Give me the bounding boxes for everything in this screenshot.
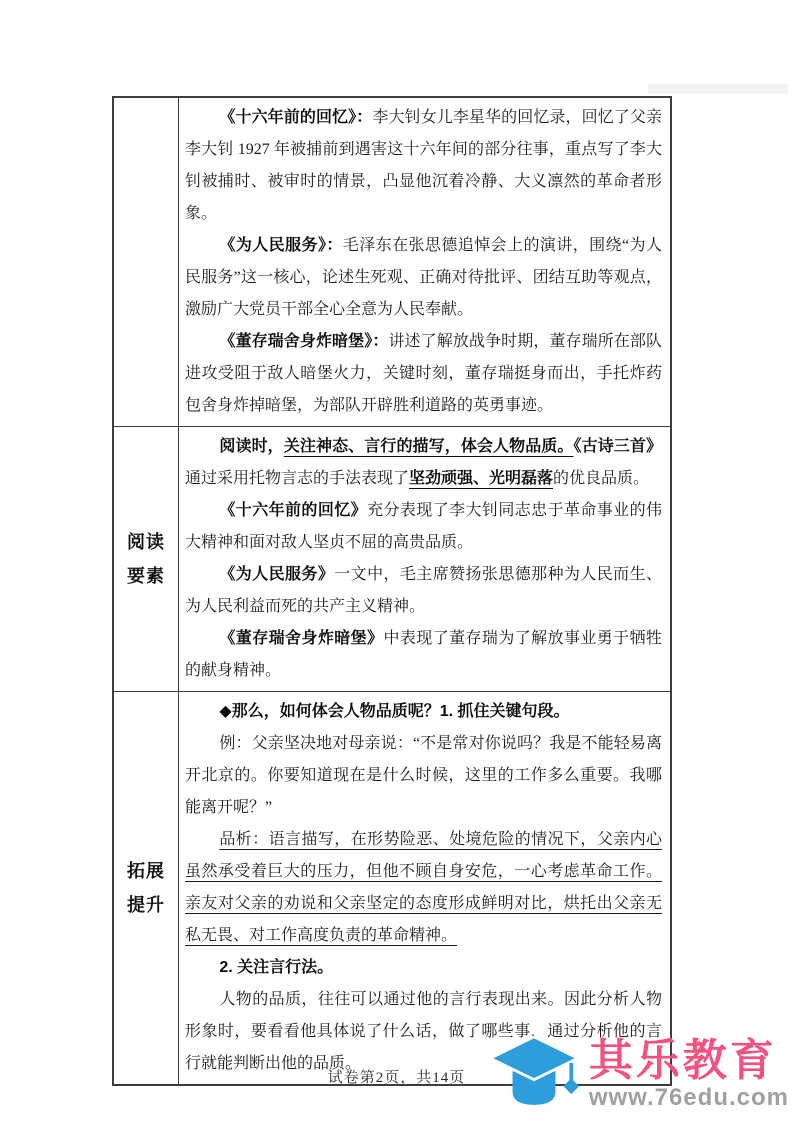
row-label-reading-elements: 阅读要素	[114, 427, 179, 691]
document-page: 《十六年前的回忆》：李大钊女儿李星华的回忆录，回忆了父亲李大钊 1927 年被捕…	[0, 0, 793, 1122]
text-segment: 关注神态、言行的描写，体会人物品质。	[284, 438, 574, 455]
text-segment: 坚劲顽强、光明磊落	[409, 470, 553, 487]
paragraph: 《为人民服务》一文中，毛主席赞扬张思德那种为人民而生、为人民利益而死的共产主义精…	[185, 559, 662, 623]
scan-artifact	[648, 84, 788, 94]
row-content: ◆那么，如何体会人物品质呢？1. 抓住关键句段。例：父亲坚决地对母亲说：“不是常…	[179, 692, 670, 1084]
brand-name: 其乐教育	[589, 1039, 777, 1083]
row-content: 阅读时，关注神态、言行的描写，体会人物品质。《古诗三首》通过采用托物言志的手法表…	[179, 427, 670, 691]
paragraph: 《十六年前的回忆》充分表现了李大钊同志忠于革命事业的伟大精神和面对敌人坚贞不屈的…	[185, 495, 662, 559]
graduation-cap-icon	[487, 1034, 581, 1116]
text-segment: 例：父亲坚决地对母亲说：“不是常对你说吗？我是不能轻易离开北京的。你要知道现在是…	[185, 735, 662, 816]
paragraph: 《为人民服务》：毛泽东在张思德追悼会上的演讲，围绕“为人民服务”这一核心，论述生…	[185, 230, 662, 326]
table-row: 《十六年前的回忆》：李大钊女儿李星华的回忆录，回忆了父亲李大钊 1927 年被捕…	[114, 98, 670, 426]
text-segment: 《十六年前的回忆》：	[219, 109, 372, 126]
text-segment: 通过采用托物言志的手法表现了	[185, 470, 409, 487]
paragraph: 《董存瑞舍身炸暗堡》中表现了董存瑞为了解放事业勇于牺牲的献身精神。	[185, 623, 662, 687]
text-segment: 2. 关注言行法。	[219, 959, 333, 976]
text-segment: 《为人民服务》	[219, 566, 334, 583]
brand-text-block: 其乐教育 www.76edu.com	[589, 1039, 789, 1111]
paragraph: 例：父亲坚决地对母亲说：“不是常对你说吗？我是不能轻易离开北京的。你要知道现在是…	[185, 728, 662, 824]
text-segment: 《董存瑞舍身炸暗堡》	[219, 630, 383, 647]
brand-logo: 其乐教育 www.76edu.com	[487, 1034, 789, 1116]
text-segment: 《董存瑞舍身炸暗堡》：	[219, 333, 388, 350]
paragraph: 《董存瑞舍身炸暗堡》：讲述了解放战争时期，董存瑞所在部队进攻受阻于敌人暗堡火力，…	[185, 326, 662, 422]
text-segment: 《十六年前的回忆》	[219, 502, 367, 519]
text-segment: ◆那么，如何体会人物品质呢？1. 抓住关键句段。	[219, 703, 569, 720]
row-label	[114, 98, 179, 426]
text-segment: 阅读时，	[219, 438, 283, 455]
paragraph: 阅读时，关注神态、言行的描写，体会人物品质。《古诗三首》通过采用托物言志的手法表…	[185, 431, 662, 495]
row-content: 《十六年前的回忆》：李大钊女儿李星华的回忆录，回忆了父亲李大钊 1927 年被捕…	[179, 98, 670, 426]
text-segment: 品析：语言描写，在形势险恶、处境危险的情况下，父亲内心虽然承受着巨大的压力，但他…	[185, 831, 662, 944]
reading-summary-table: 《十六年前的回忆》：李大钊女儿李星华的回忆录，回忆了父亲李大钊 1927 年被捕…	[112, 96, 672, 1086]
paragraph: 品析：语言描写，在形势险恶、处境危险的情况下，父亲内心虽然承受着巨大的压力，但他…	[185, 824, 662, 952]
text-segment: 《为人民服务》：	[219, 237, 342, 254]
text-segment: 的优良品质。	[553, 470, 649, 487]
table-row: 拓展提升 ◆那么，如何体会人物品质呢？1. 抓住关键句段。例：父亲坚决地对母亲说…	[114, 691, 670, 1084]
table-row: 阅读要素 阅读时，关注神态、言行的描写，体会人物品质。《古诗三首》通过采用托物言…	[114, 426, 670, 691]
paragraph: 2. 关注言行法。	[185, 952, 662, 984]
brand-website: www.76edu.com	[589, 1085, 789, 1111]
row-label-expansion: 拓展提升	[114, 692, 179, 1084]
paragraph: 《十六年前的回忆》：李大钊女儿李星华的回忆录，回忆了父亲李大钊 1927 年被捕…	[185, 102, 662, 230]
paragraph: ◆那么，如何体会人物品质呢？1. 抓住关键句段。	[185, 696, 662, 728]
text-segment: 《古诗三首》	[574, 438, 662, 455]
